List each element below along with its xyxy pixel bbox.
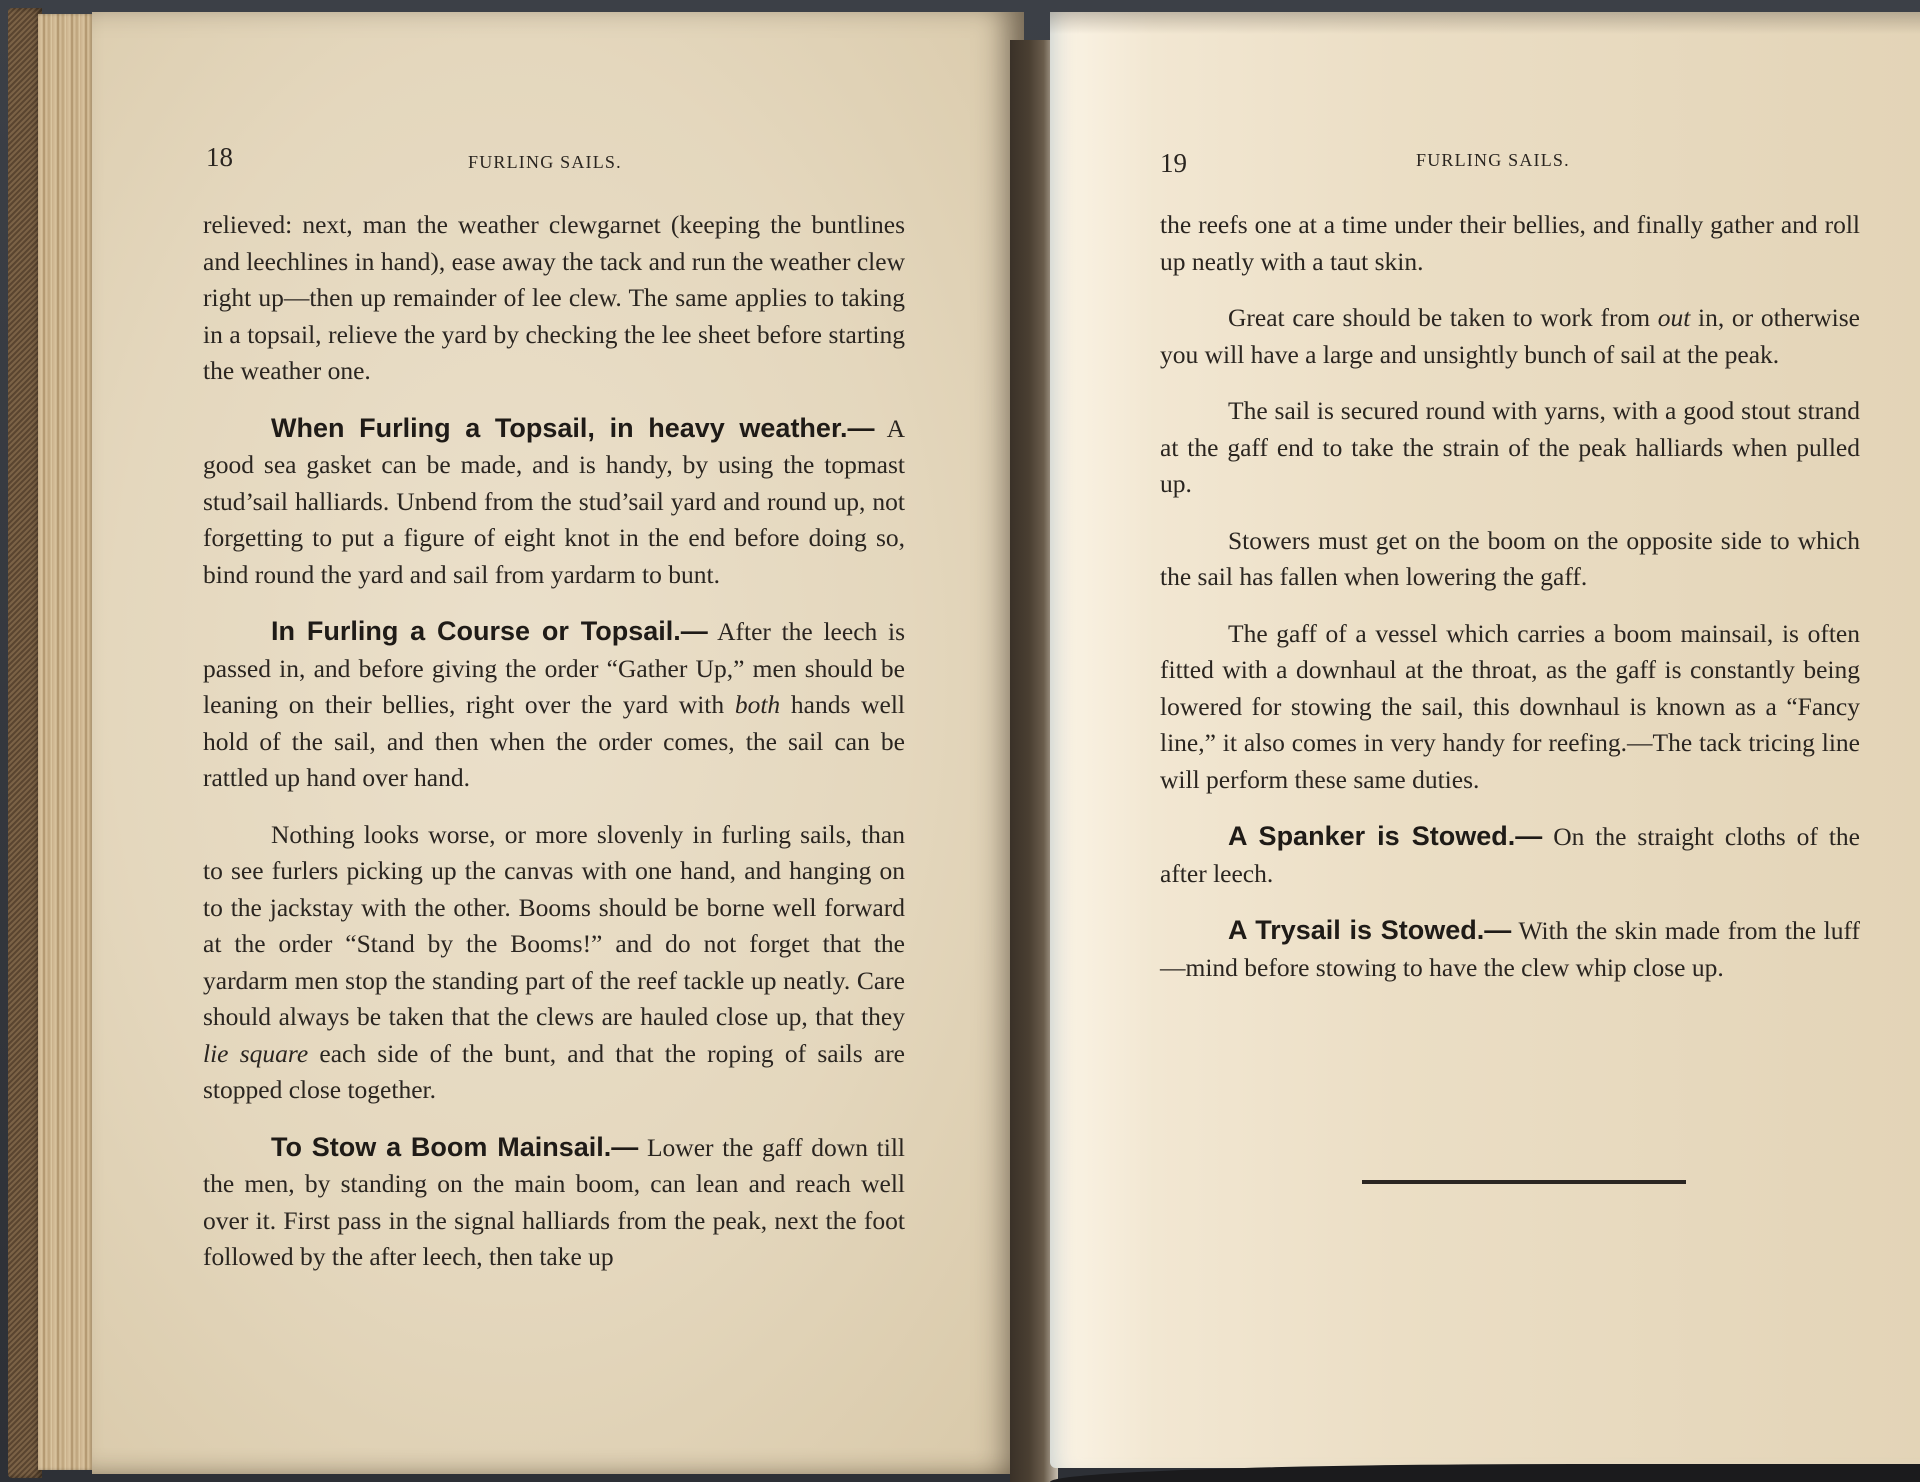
right-page-body: the reefs one at a time under their bell… (1160, 207, 1860, 1000)
paragraph-text: The gaff of a vessel which carries a boo… (1160, 619, 1860, 794)
left-page-body: relieved: next, man the weather clewgarn… (203, 207, 905, 1290)
section-heading: In Furling a Course or Topsail.— (271, 616, 708, 646)
paragraph: When Furling a Topsail, in heavy weather… (203, 410, 905, 594)
section-heading: When Furling a Topsail, in heavy weather… (271, 413, 874, 443)
paragraph: Stowers must get on the boom on the oppo… (1160, 523, 1860, 596)
paragraph: The sail is secured round with yarns, wi… (1160, 393, 1860, 503)
page-stack-edges (38, 14, 94, 1470)
paragraph: Great care should be taken to work from … (1160, 300, 1860, 373)
paragraph: A Spanker is Stowed.— On the straight cl… (1160, 818, 1860, 892)
paragraph-text: Great care should be taken to work from (1228, 303, 1658, 332)
paragraph: relieved: next, man the weather clewgarn… (203, 207, 905, 390)
section-heading: A Spanker is Stowed.— (1228, 821, 1542, 851)
section-heading: To Stow a Boom Mainsail.— (271, 1132, 638, 1162)
paragraph: To Stow a Boom Mainsail.— Lower the gaff… (203, 1129, 905, 1276)
running-head-left: FURLING SAILS. (468, 152, 622, 173)
paragraph-text: The sail is secured round with yarns, wi… (1160, 396, 1860, 498)
italic-emphasis: both (735, 690, 780, 719)
section-heading: A Trysail is Stowed.— (1228, 915, 1511, 945)
italic-emphasis: out (1658, 303, 1691, 332)
paragraph-text: the reefs one at a time under their bell… (1160, 210, 1860, 276)
paragraph-text: Stowers must get on the boom on the oppo… (1160, 526, 1860, 592)
paragraph-text: Nothing looks worse, or more slovenly in… (203, 820, 905, 1032)
book-cover-edge (8, 8, 42, 1478)
running-head-right: FURLING SAILS. (1416, 150, 1570, 171)
page-number-right: 19 (1160, 148, 1187, 179)
book-spread-photo: 18 FURLING SAILS. relieved: next, man th… (0, 0, 1920, 1482)
paragraph: Nothing looks worse, or more slovenly in… (203, 817, 905, 1109)
end-of-section-rule (1362, 1180, 1686, 1184)
paragraph-text: each side of the bunt, and that the ropi… (203, 1039, 905, 1105)
italic-emphasis: lie square (203, 1039, 308, 1068)
paragraph: A Trysail is Stowed.— With the skin made… (1160, 912, 1860, 986)
paragraph: The gaff of a vessel which carries a boo… (1160, 616, 1860, 799)
paragraph: In Furling a Course or Topsail.— After t… (203, 613, 905, 797)
page-number-left: 18 (206, 142, 233, 173)
paragraph-text: relieved: next, man the weather clewgarn… (203, 210, 905, 385)
paragraph: the reefs one at a time under their bell… (1160, 207, 1860, 280)
